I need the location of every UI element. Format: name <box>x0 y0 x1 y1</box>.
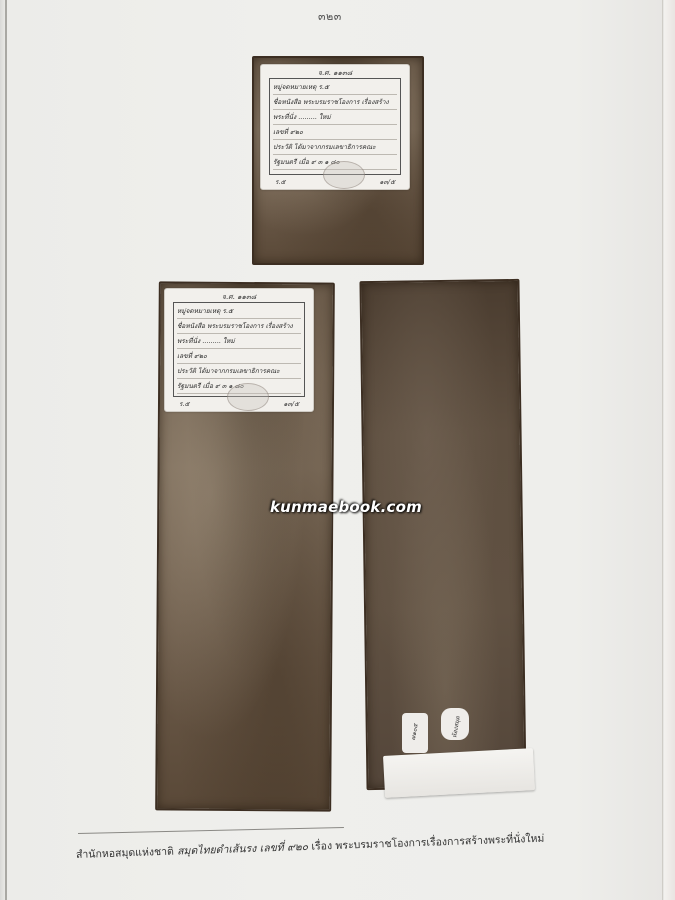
caption-institution: สำนักหอสมุดแห่งชาติ <box>76 846 174 861</box>
label-line: ประวัติ ได้มาจากกรมเลขาธิการคณะ <box>177 365 301 379</box>
label-footer: ร.๕ ๑๓/๕ <box>179 399 299 409</box>
label-footer: ร.๕ ๑๓/๕ <box>275 177 395 187</box>
library-sticker-octagon: ห้องสมุด <box>441 708 469 740</box>
label-line: พระที่นั่ง ......... ใหม่ <box>177 335 301 349</box>
label-foot-left: ร.๕ <box>179 399 189 409</box>
label-line: ชื่อหนังสือ พระบรมราชโองการ เรื่องสร้าง <box>177 320 301 334</box>
catalog-label-large: จ.ศ. ๑๑๓๘ หมู่จดหมายเหตุ ร.๕ ชื่อหนังสือ… <box>164 288 314 412</box>
library-sticker-rect: ๗๑๐๕ <box>402 713 428 753</box>
catalog-label-small: จ.ศ. ๑๑๓๘ หมู่จดหมายเหตุ ร.๕ ชื่อหนังสือ… <box>260 64 410 190</box>
label-line: เลขที่ ๙๒๐ <box>273 126 397 140</box>
label-line: ประวัติ ได้มาจากกรมเลขาธิการคณะ <box>273 141 397 155</box>
figure-caption: สำนักหอสมุดแห่งชาติ สมุดไทยดำเส้นรง เลขท… <box>76 830 545 863</box>
label-line: หมู่จดหมายเหตุ ร.๕ <box>177 305 301 319</box>
label-box: หมู่จดหมายเหตุ ร.๕ ชื่อหนังสือ พระบรมราช… <box>269 78 401 175</box>
caption-collection: สมุดไทยดำเส้นรง <box>177 843 257 858</box>
page-stack-edge <box>664 0 675 900</box>
page-edge-line <box>662 0 663 900</box>
label-line: พระที่นั่ง ......... ใหม่ <box>273 111 397 125</box>
sticker-text: ๗๑๐๕ <box>408 723 421 741</box>
label-foot-right: ๑๓/๕ <box>379 177 395 187</box>
caption-number: เลขที่ ๙๒๐ <box>259 841 308 855</box>
watermark: kunmaebook.com <box>270 498 422 516</box>
label-foot-left: ร.๕ <box>275 177 285 187</box>
label-foot-right: ๑๓/๕ <box>283 399 299 409</box>
label-line: ชื่อหนังสือ พระบรมราชโองการ เรื่องสร้าง <box>273 96 397 110</box>
label-box: หมู่จดหมายเหตุ ร.๕ ชื่อหนังสือ พระบรมราช… <box>173 302 305 397</box>
caption-subject: เรื่อง พระบรมราชโองการเรื่องการสร้างพระท… <box>311 833 544 853</box>
sticker-text: ห้องสมุด <box>449 715 463 738</box>
label-line: หมู่จดหมายเหตุ ร.๕ <box>273 81 397 95</box>
caption-divider <box>78 827 344 834</box>
paper-flap <box>383 748 535 798</box>
label-line: เลขที่ ๙๒๐ <box>177 350 301 364</box>
book-gutter-edge <box>5 0 7 900</box>
page-number: ๓๒๓ <box>318 7 342 25</box>
